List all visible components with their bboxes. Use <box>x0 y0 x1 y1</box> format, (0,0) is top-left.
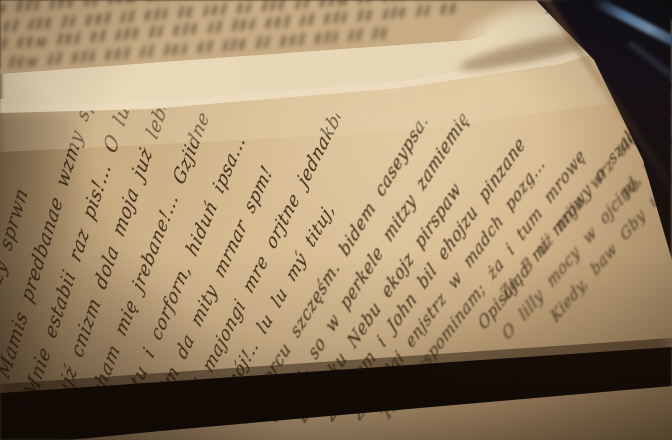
vignette-overlay <box>0 0 672 440</box>
photo-of-old-handwritten-letters: h ż k Qe a s ń się!ię wrzy sprwnMamis pr… <box>0 0 672 440</box>
